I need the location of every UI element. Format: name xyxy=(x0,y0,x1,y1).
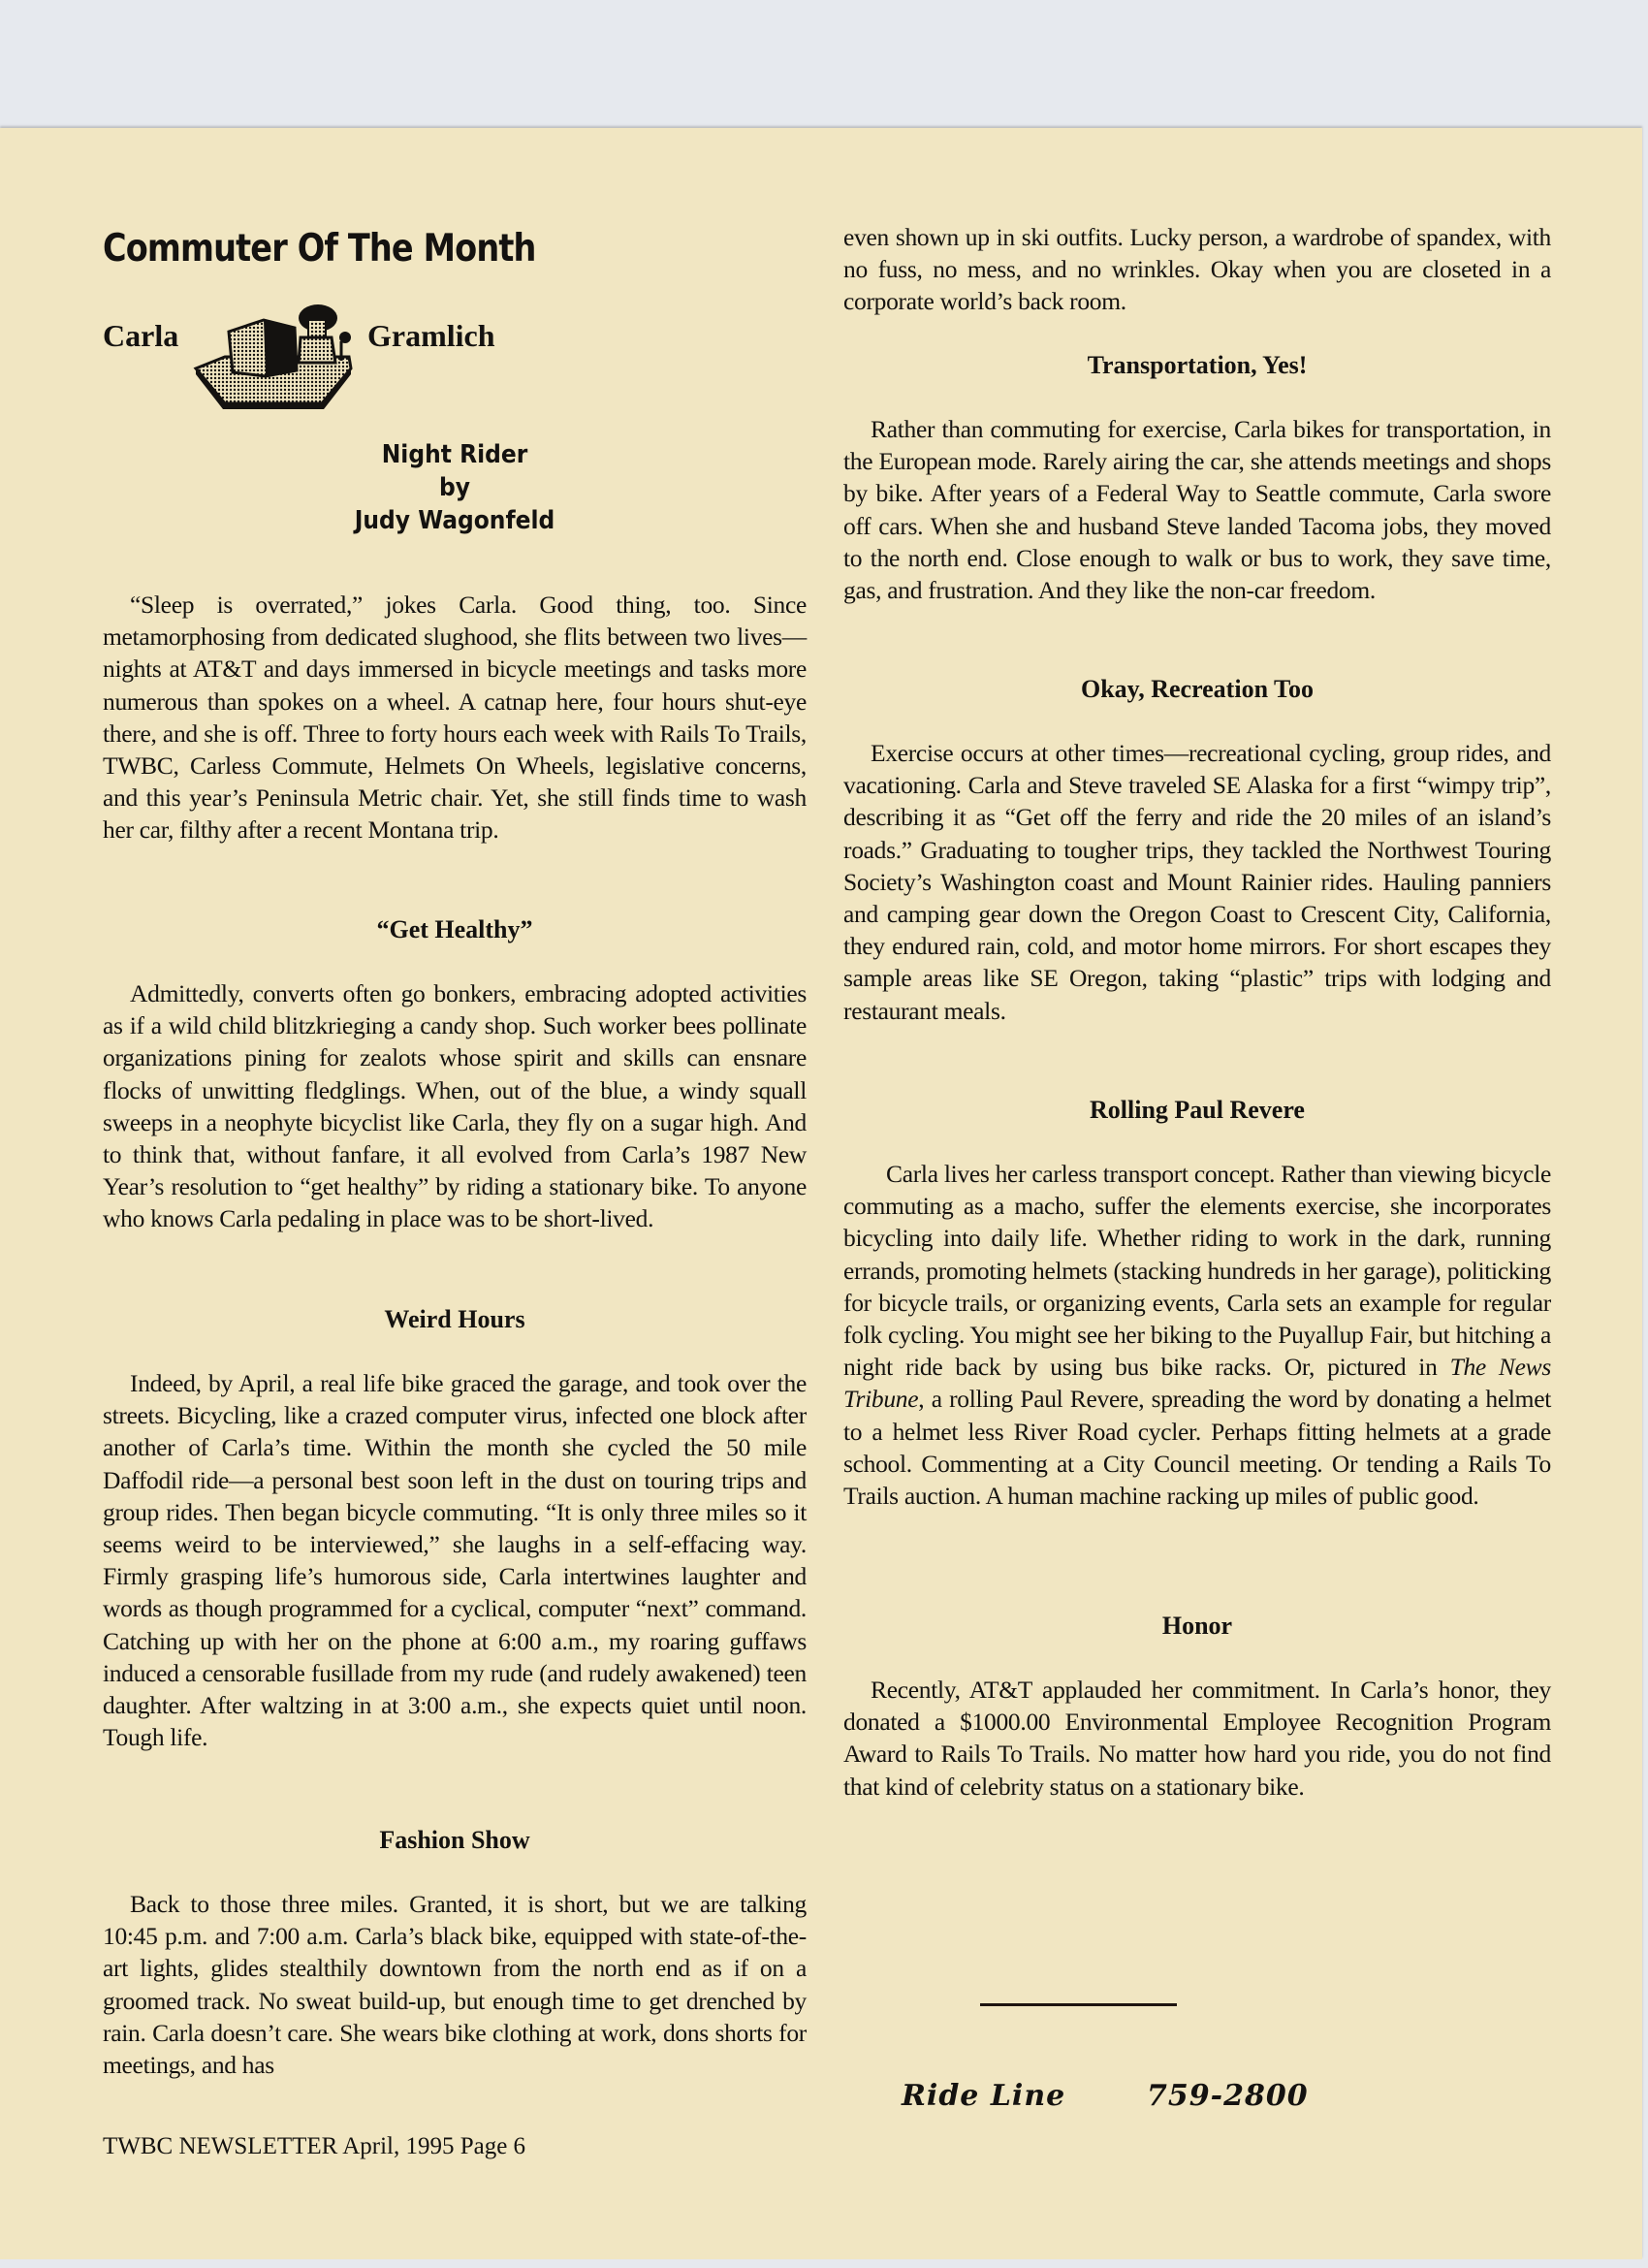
recreation-paragraph: Exercise occurs at other times—recreatio… xyxy=(843,737,1551,1027)
article-section-title: Commuter Of The Month xyxy=(103,227,536,271)
section-heading-honor: Honor xyxy=(843,1612,1551,1641)
weird-hours-paragraph: Indeed, by April, a real life bike grace… xyxy=(103,1367,807,1753)
article-byline: Night Rider by Judy Wagonfeld xyxy=(138,438,771,537)
section-heading-transportation: Transportation, Yes! xyxy=(843,351,1551,380)
fashion-show-paragraph: Back to those three miles. Granted, it i… xyxy=(103,1888,807,2081)
headline: Night Rider xyxy=(138,438,771,471)
divider-rule xyxy=(980,2003,1177,2006)
intro-paragraph: “Sleep is overrated,” jokes Carla. Good … xyxy=(103,589,807,847)
section-heading-paul-revere: Rolling Paul Revere xyxy=(843,1096,1551,1125)
subject-first-name: Carla xyxy=(103,318,178,354)
paul-revere-text-start: Carla lives her carless transport concep… xyxy=(843,1160,1551,1381)
paul-revere-text-end: , a rolling Paul Revere, spreading the w… xyxy=(843,1385,1551,1510)
section-heading-get-healthy: “Get Healthy” xyxy=(103,915,807,944)
section-heading-fashion-show: Fashion Show xyxy=(103,1826,807,1855)
author-name: Judy Wagonfeld xyxy=(138,504,771,537)
transportation-paragraph: Rather than commuting for exercise, Carl… xyxy=(843,413,1551,606)
ride-line-label: Ride Line xyxy=(902,2079,1065,2113)
page-footer: TWBC NEWSLETTER April, 1995 Page 6 xyxy=(103,2133,525,2160)
honor-paragraph: Recently, AT&T applauded her commitment.… xyxy=(843,1674,1551,1803)
ride-line-phone: 759-2800 xyxy=(1147,2079,1309,2113)
person-at-computer-desk-icon xyxy=(186,303,357,409)
newsletter-page: Commuter Of The Month Carla Gramlich Nig… xyxy=(0,128,1642,2259)
get-healthy-paragraph: Admittedly, converts often go bonkers, e… xyxy=(103,977,807,1235)
byline-by: by xyxy=(138,471,771,504)
section-heading-recreation: Okay, Recreation Too xyxy=(843,675,1551,704)
paul-revere-paragraph: Carla lives her carless transport concep… xyxy=(843,1158,1551,1512)
subject-last-name: Gramlich xyxy=(367,318,495,354)
section-heading-weird-hours: Weird Hours xyxy=(103,1305,807,1334)
fashion-show-continued-paragraph: even shown up in ski outfits. Lucky pers… xyxy=(843,221,1551,318)
